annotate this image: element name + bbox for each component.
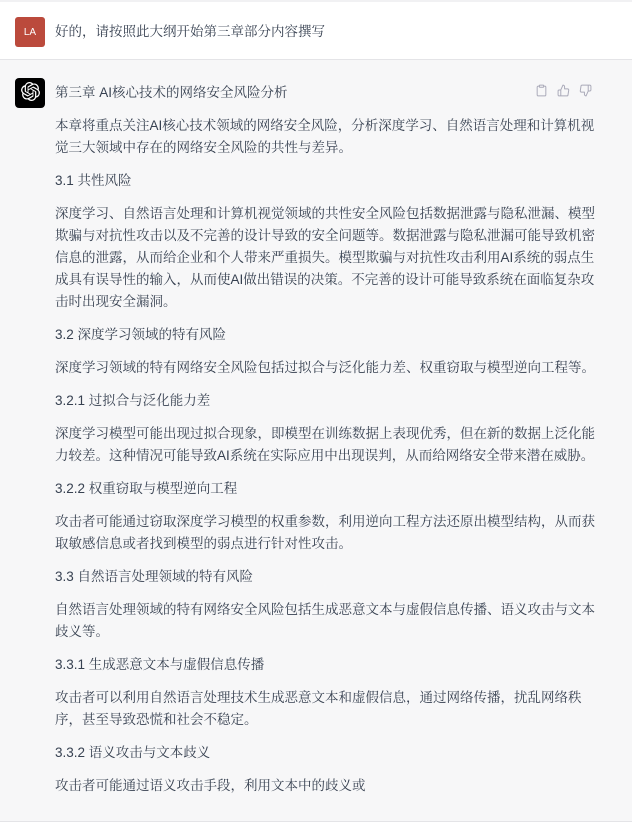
assistant-message-content: 第三章 AI核心技术的网络安全风险分析 本章将重点关注AI核心技术领域的网络安全… [55, 78, 596, 797]
user-message-row: LA 好的，请按照此大纲开始第三章部分内容撰写 [0, 2, 632, 60]
message-paragraph: 3.2.2 权重窃取与模型逆向工程 [55, 478, 596, 500]
assistant-avatar [15, 78, 45, 108]
message-paragraph: 攻击者可能通过语义攻击手段，利用文本中的歧义或 [55, 775, 596, 797]
thumbs-up-icon [557, 85, 570, 100]
assistant-message-body: 本章将重点关注AI核心技术领域的网络安全风险，分析深度学习、自然语言处理和计算机… [55, 115, 596, 797]
thumbs-down-icon [579, 85, 592, 100]
thumbs-up-button[interactable] [557, 84, 570, 97]
copy-button[interactable] [535, 84, 548, 97]
thumbs-down-button[interactable] [579, 84, 592, 97]
assistant-message-title: 第三章 AI核心技术的网络安全风险分析 [55, 82, 596, 104]
user-avatar: LA [15, 17, 45, 47]
user-message-text: 好的，请按照此大纲开始第三章部分内容撰写 [55, 21, 596, 43]
user-message-content: 好的，请按照此大纲开始第三章部分内容撰写 [55, 17, 596, 43]
message-paragraph: 3.3.1 生成恶意文本与虚假信息传播 [55, 654, 596, 676]
chat-transcript: { "user": { "avatar_initials": "LA", "av… [0, 0, 632, 827]
message-action-bar [535, 84, 592, 97]
message-paragraph: 深度学习模型可能出现过拟合现象，即模型在训练数据上表现优秀，但在新的数据上泛化能… [55, 423, 596, 467]
message-paragraph: 深度学习、自然语言处理和计算机视觉领域的共性安全风险包括数据泄露与隐私泄漏、模型… [55, 203, 596, 313]
clipboard-icon [535, 85, 548, 100]
message-paragraph: 3.3 自然语言处理领域的特有风险 [55, 566, 596, 588]
message-paragraph: 攻击者可能通过窃取深度学习模型的权重参数，利用逆向工程方法还原出模型结构，从而获… [55, 511, 596, 555]
message-paragraph: 自然语言处理领域的特有网络安全风险包括生成恶意文本与虚假信息传播、语义攻击与文本… [55, 599, 596, 643]
message-paragraph: 3.3.2 语义攻击与文本歧义 [55, 742, 596, 764]
message-paragraph: 攻击者可以利用自然语言处理技术生成恶意文本和虚假信息，通过网络传播，扰乱网络秩序… [55, 687, 596, 731]
message-paragraph: 深度学习领域的特有网络安全风险包括过拟合与泛化能力差、权重窃取与模型逆向工程等。 [55, 357, 596, 379]
message-paragraph: 3.2 深度学习领域的特有风险 [55, 324, 596, 346]
openai-logo-icon [21, 82, 40, 104]
message-paragraph: 3.1 共性风险 [55, 170, 596, 192]
message-paragraph: 3.2.1 过拟合与泛化能力差 [55, 390, 596, 412]
assistant-message-row: 第三章 AI核心技术的网络安全风险分析 本章将重点关注AI核心技术领域的网络安全… [0, 60, 632, 822]
message-paragraph: 本章将重点关注AI核心技术领域的网络安全风险，分析深度学习、自然语言处理和计算机… [55, 115, 596, 159]
